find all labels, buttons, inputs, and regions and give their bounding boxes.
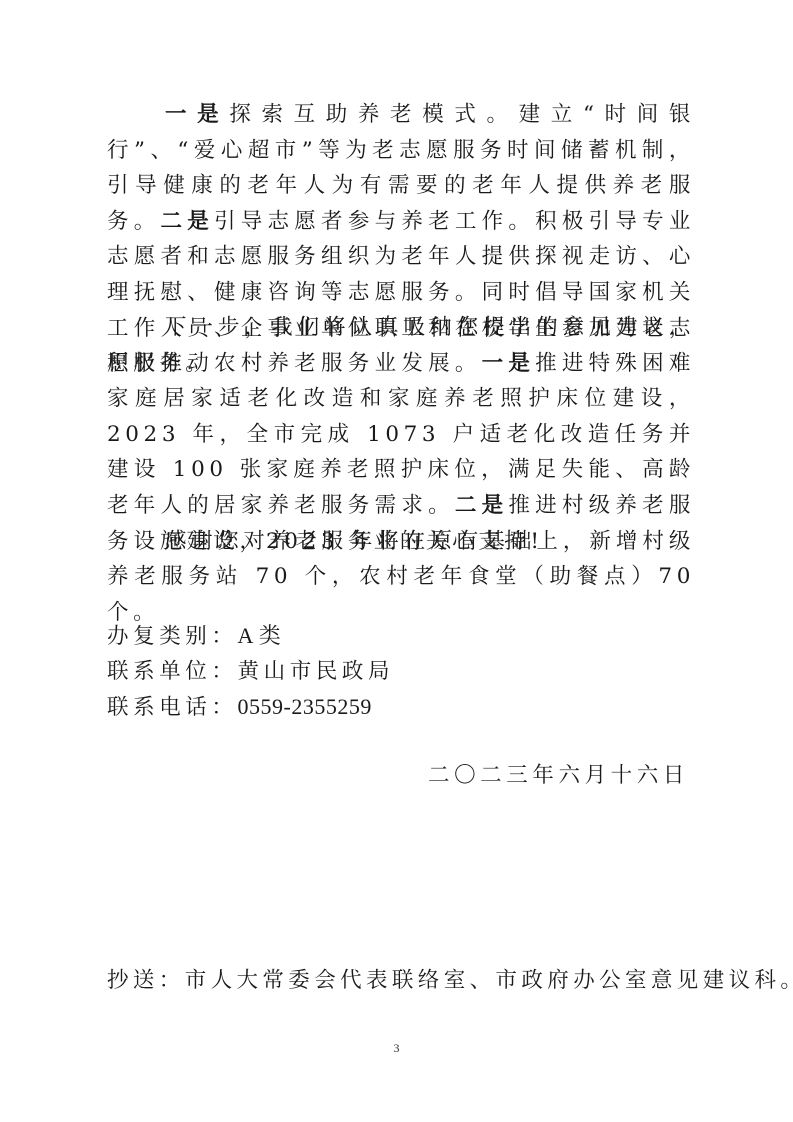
thanks-text: 感谢您对养老服务业的关心支持! <box>165 529 544 554</box>
reply-category-label: 办复类别： <box>107 624 238 649</box>
bold-lead-two: 二是 <box>161 209 215 234</box>
document-page: 一是探索互助养老模式。建立“时间银行”、“爱心超市”等为老志愿服务时间储蓄机制，… <box>0 0 793 1122</box>
document-date: 二〇二三年六月十六日 <box>428 758 689 794</box>
bold-lead-one: 一是 <box>482 351 536 376</box>
reply-category-value: A 类 <box>238 623 282 648</box>
paragraph-thanks: 感谢您对养老服务业的关心支持! <box>107 524 695 560</box>
paragraph-next-steps: 下一步，我们将认真吸纳您提出的意见建议，积极推动农村养老服务业发展。一是推进特殊… <box>107 310 695 630</box>
contact-phone-line: 联系电话：0559-2355259 <box>107 689 372 726</box>
page-number: 3 <box>0 1041 793 1056</box>
contact-phone-value: 0559-2355259 <box>238 694 372 719</box>
bold-lead-one: 一是 <box>165 102 229 127</box>
contact-phone-label: 联系电话： <box>107 695 238 720</box>
bold-lead-two: 二是 <box>455 493 509 518</box>
contact-unit-label: 联系单位： <box>107 659 238 684</box>
reply-category-line: 办复类别：A 类 <box>107 618 281 655</box>
contact-unit-line: 联系单位：黄山市民政局 <box>107 654 394 690</box>
contact-unit-value: 黄山市民政局 <box>238 659 395 684</box>
cc-line: 抄送：市人大常委会代表联络室、市政府办公室意见建议科。 <box>107 963 793 999</box>
